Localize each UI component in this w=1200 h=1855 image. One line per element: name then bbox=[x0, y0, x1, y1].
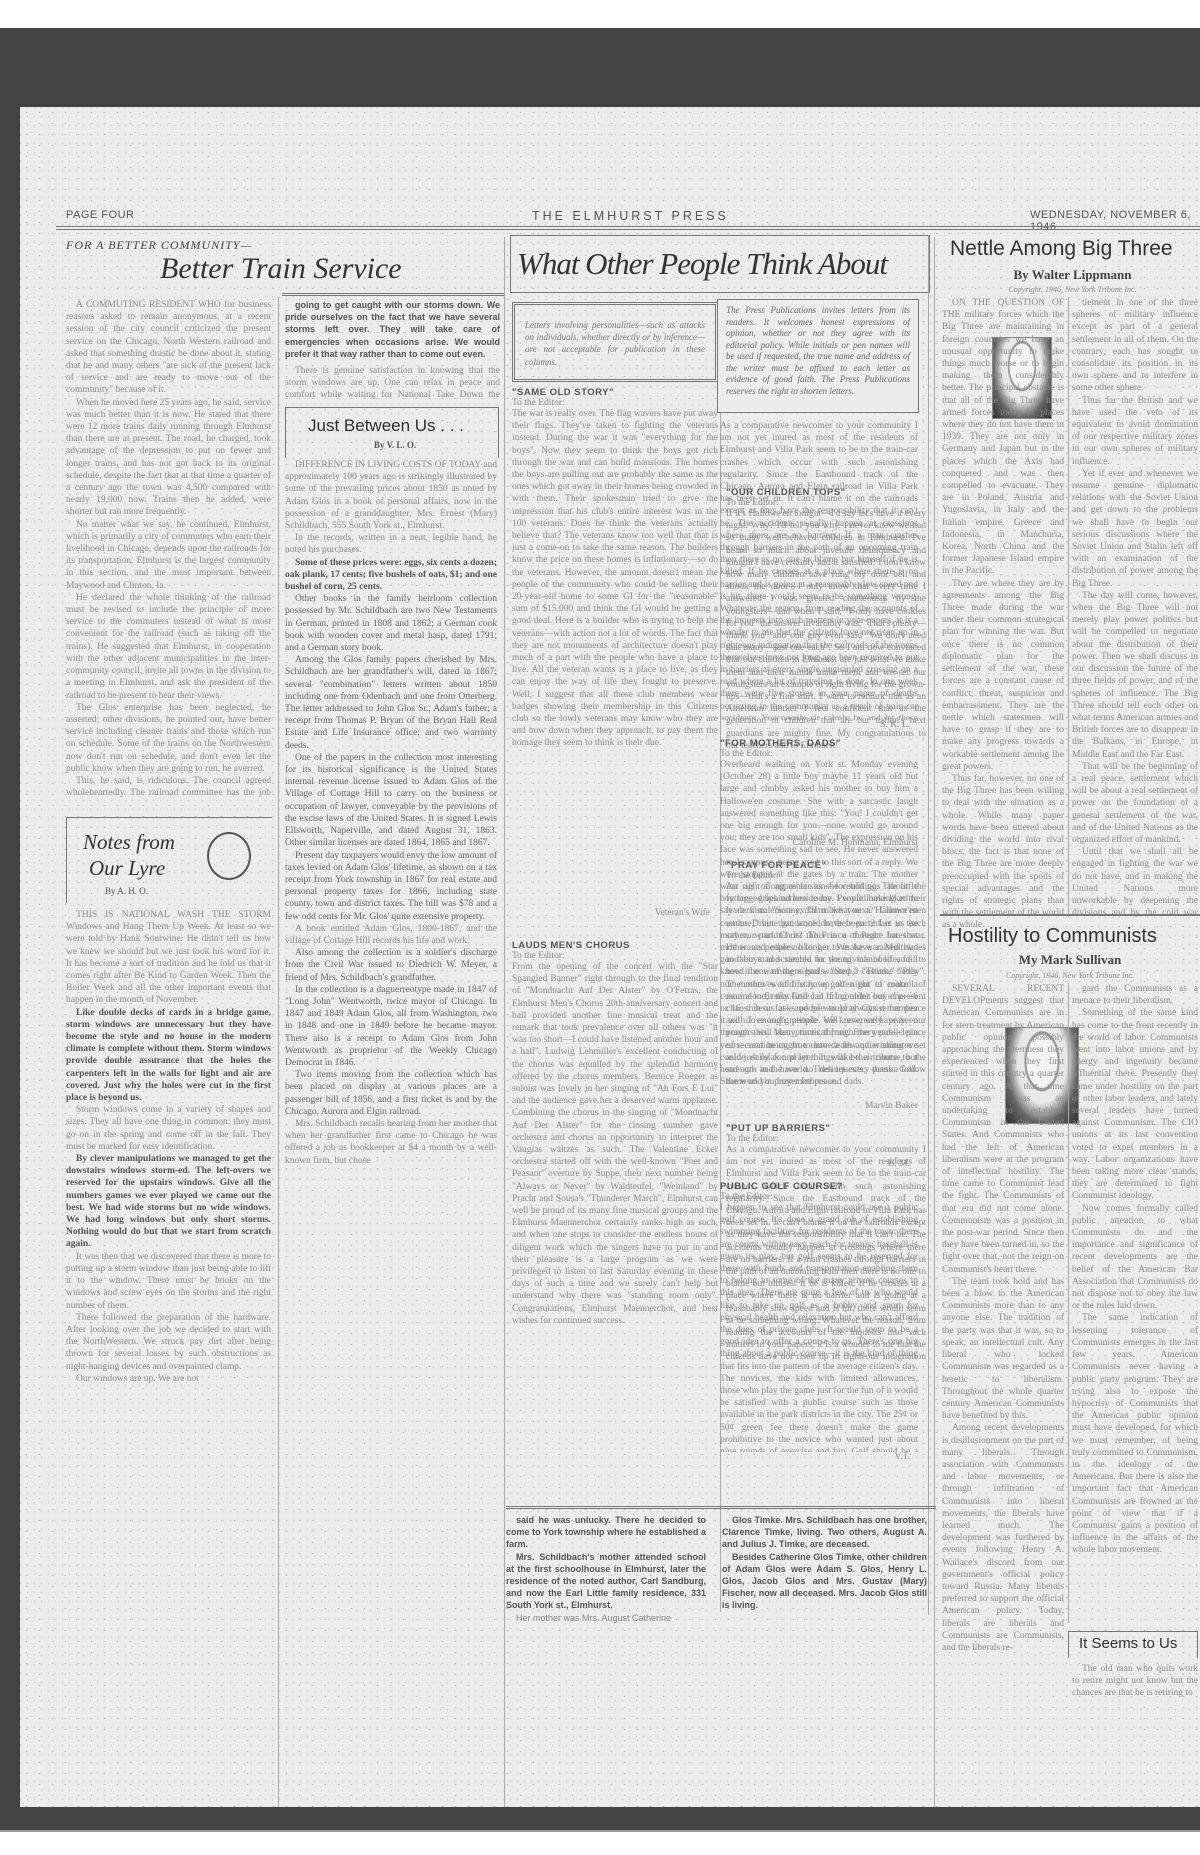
jbu-paragraph: A book entitled Adam Glos, 1800-1867, an… bbox=[285, 923, 497, 947]
letter-salutation: To the Editor: bbox=[512, 951, 718, 961]
jbu-paragraph: Mrs. Schildbach recalls hearing from her… bbox=[285, 1118, 497, 1167]
letter-title: PUBLIC GOLF COURSE? bbox=[720, 1181, 918, 1192]
sullivan-paragraph: Now comes formally called public attenti… bbox=[1072, 1203, 1198, 1313]
section-rule bbox=[940, 914, 1200, 916]
jbu-paragraph: Two items moving from the collection whi… bbox=[285, 1069, 497, 1118]
lippmann-paragraph: That will be the beginning of a real pea… bbox=[1072, 761, 1198, 846]
letters-header: What Other People Think About bbox=[517, 246, 887, 282]
editorial-paragraph: A COMMUTING RESIDENT WHO for business re… bbox=[66, 299, 271, 397]
lyre-paragraph: There followed the preparation of the ha… bbox=[66, 1312, 271, 1373]
lippmann-paragraph: Thus far the British and we have used th… bbox=[1072, 395, 1198, 468]
sullivan-copyright: Copyright, 1946, New York Tribune Inc. bbox=[940, 971, 1200, 980]
column-rule bbox=[1068, 983, 1069, 1623]
editorial-kicker: FOR A BETTER COMMUNITY— bbox=[66, 238, 252, 253]
sullivan-paragraph: Something of the same kind has come to t… bbox=[1072, 1007, 1198, 1202]
lyre-byline: By A. H. O. bbox=[105, 886, 148, 896]
lyre-paragraph: By clever manipulations we managed to ge… bbox=[66, 1153, 271, 1251]
column-rule bbox=[504, 237, 505, 1807]
lippmann-paragraph: tlement in one of the three spheres of m… bbox=[1072, 297, 1198, 395]
viewer-top-band bbox=[0, 0, 1200, 28]
editorial-paragraph: When he moved here 25 years ago, he said… bbox=[66, 397, 271, 519]
jbu-paragraph: In the records, written in a neat, legib… bbox=[285, 532, 497, 556]
viewer-bottom-band bbox=[0, 1830, 1200, 1855]
sullivan-paragraph: The same indication of lessening toleran… bbox=[1072, 1312, 1198, 1556]
it-seems-paragraph: The old man who quits work to retire mig… bbox=[1072, 1663, 1198, 1699]
letter-signature: S. K. L. bbox=[720, 720, 918, 730]
it-seems-body: The old man who quits work to retire mig… bbox=[1072, 1663, 1198, 1699]
lyre-paragraph: Our windows are up. We are not bbox=[66, 1373, 271, 1385]
lippmann-headline: Nettle Among Big Three bbox=[950, 237, 1173, 261]
editorial-body: A COMMUTING RESIDENT WHO for business re… bbox=[66, 299, 271, 799]
jbu-paragraph: Other books in the family heirloom colle… bbox=[285, 593, 497, 654]
continuation-col1: said he was unlucky. There he decided to… bbox=[506, 1514, 706, 1634]
column-rule bbox=[934, 237, 935, 1807]
invitation-note: The Press Publications invites letters f… bbox=[718, 300, 918, 402]
lyre-paragraph: Like double decks of cards in a bridge g… bbox=[66, 1007, 271, 1105]
lyre-paragraph: Storm windows come in a variety of shape… bbox=[66, 1104, 271, 1153]
editorial-paragraph: No matter what we say, he continued, Elm… bbox=[66, 519, 271, 592]
editorial-headline: Better Train Service bbox=[160, 252, 402, 286]
lyre-body: THIS IS NATIONAL WASH THE STORM Windows … bbox=[66, 909, 271, 1789]
just-between-us-body: DIFFERENCE IN LIVING COSTS OF TODAY and … bbox=[285, 459, 497, 1794]
continuation-paragraph: Her mother was Mrs. August Catherine bbox=[506, 1612, 706, 1624]
lippmann-body-col2: tlement in one of the three spheres of m… bbox=[1072, 297, 1198, 917]
editorial-paragraph: This, he said, is ridiculous. The counci… bbox=[66, 775, 271, 799]
letter-body: Overheard walking on York st. Monday eve… bbox=[720, 759, 918, 1159]
sullivan-paragraph: The team took hold and has been a blow t… bbox=[942, 1276, 1064, 1422]
jbu-paragraph: Present day taxpayers would envy the low… bbox=[285, 850, 497, 923]
letter-body: From the opening of the concert with the… bbox=[512, 961, 718, 1501]
jbu-paragraph: Also among the collection is a soldier's… bbox=[285, 947, 497, 984]
continuation-paragraph: said he was unlucky. There he decided to… bbox=[506, 1514, 706, 1551]
sullivan-body-col1: SEVERAL RECENT DEVELOPments suggest that… bbox=[942, 983, 1064, 1793]
continuation-paragraph: Mrs. Schildbach's mother attended school… bbox=[506, 1551, 706, 1612]
it-seems-box: It Seems to Us bbox=[1068, 1631, 1198, 1658]
lippmann-copyright: Copyright, 1946, New York Tribune Inc. bbox=[950, 285, 1195, 294]
letter-title: LAUDS MEN'S CHORUS bbox=[512, 940, 718, 951]
editorial-continued: going to get caught with our storms down… bbox=[285, 299, 500, 361]
sullivan-body-col2: gard the Communists as a menace to their… bbox=[1072, 983, 1198, 1623]
letter-signature: V.T. bbox=[720, 1452, 918, 1462]
lyre-paragraph: THIS IS NATIONAL WASH THE STORM Windows … bbox=[66, 909, 271, 1007]
lippmann-paragraph: They are where they are by agreements am… bbox=[942, 578, 1064, 773]
masthead-rule bbox=[56, 226, 1200, 227]
editorial-paragraph: The Glos enterprise has been neglected, … bbox=[66, 702, 271, 775]
continuation-paragraph: Besides Catherine Glos Timke, other chil… bbox=[722, 1551, 927, 1612]
column-rule bbox=[928, 235, 929, 1615]
just-between-us-box: Just Between Us . . . By V. L. O. bbox=[285, 407, 499, 458]
editorial-continued-2: There is genuine satisfaction in knowing… bbox=[285, 365, 500, 399]
editorial-continued-text: going to get caught with our storms down… bbox=[285, 299, 500, 360]
letter-salutation: To the Editor: bbox=[512, 398, 718, 408]
policy-note-box: Letters involving personalities—such as … bbox=[512, 302, 718, 382]
editorial-continued-text-2: There is genuine satisfaction in knowing… bbox=[285, 365, 500, 399]
letter-signature: B. M. bbox=[720, 1159, 918, 1169]
it-seems-title: It Seems to Us bbox=[1079, 1635, 1177, 1652]
sullivan-paragraph: SEVERAL RECENT DEVELOPments suggest that… bbox=[942, 983, 1064, 1276]
page-label: PAGE FOUR bbox=[66, 209, 134, 221]
lippmann-paragraph: Yet if ever and whenever we resume genui… bbox=[1072, 468, 1198, 590]
jbu-paragraph: In the collection is a daguerreotype mad… bbox=[285, 984, 497, 1069]
lippmann-paragraph: Thus far, however, no one of the Big Thr… bbox=[942, 773, 1064, 932]
just-between-us-byline: By V. L. O. bbox=[374, 440, 416, 450]
letters-col-c: As a comparative newcomer to your commun… bbox=[720, 420, 918, 1462]
continuation-paragraph: Glos Timke. Mrs. Schildbach has one brot… bbox=[722, 1514, 927, 1551]
lippmann-paragraph: ON THE QUESTION OF THE military forces w… bbox=[942, 297, 1064, 578]
letter-salutation: To the Editor: bbox=[720, 749, 918, 759]
letters-col-a: "SAME OLD STORY" To the Editor: The war … bbox=[512, 387, 718, 1501]
sullivan-paragraph: Among recent developments is disillusion… bbox=[942, 1422, 1064, 1654]
lippmann-paragraph: The day will come, however, when the Big… bbox=[1072, 590, 1198, 761]
column-rule bbox=[1068, 297, 1069, 917]
invitation-note-box: The Press Publications invites letters f… bbox=[717, 299, 919, 413]
lyre-paragraph: It was then that we discovered that ther… bbox=[66, 1251, 271, 1312]
column-rule bbox=[278, 297, 279, 1807]
sullivan-headline: Hostility to Communists bbox=[948, 925, 1157, 948]
letter-signature: Veteran's Wife bbox=[512, 908, 718, 918]
just-between-us-title: Just Between Us . . . bbox=[308, 416, 464, 436]
letter-body: The war is really over. The flag wavers … bbox=[512, 408, 718, 908]
lyre-title-line1: Notes from bbox=[83, 830, 175, 855]
lyre-header-box: Notes from Our Lyre By A. H. O. bbox=[66, 817, 272, 903]
paper-name: THE ELMHURST PRESS bbox=[532, 209, 729, 223]
lippmann-body-col1: ON THE QUESTION OF THE military forces w… bbox=[942, 297, 1064, 957]
sullivan-paragraph: gard the Communists as a menace to their… bbox=[1072, 983, 1198, 1007]
jbu-paragraph: One of the papers in the collection most… bbox=[285, 752, 497, 850]
letter-title: "FOR MOTHERS, DADS" bbox=[720, 738, 918, 749]
lyre-title-line2: Our Lyre bbox=[89, 856, 165, 881]
lippmann-byline: By Walter Lippmann bbox=[950, 267, 1195, 283]
jbu-paragraph: Some of these prices were: eggs, six cen… bbox=[285, 557, 497, 594]
letter-title: "SAME OLD STORY" bbox=[512, 387, 718, 398]
jbu-paragraph: DIFFERENCE IN LIVING COSTS OF TODAY and … bbox=[285, 459, 497, 532]
letter-salutation: To the Editor: bbox=[720, 1192, 918, 1202]
letter-body: I happen to see that Elmhurst could use … bbox=[720, 1202, 918, 1452]
letters-header-box: What Other People Think About bbox=[510, 235, 930, 293]
barriers-continued: As a comparative newcomer to your commun… bbox=[720, 420, 918, 720]
sullivan-byline: My Mark Sullivan bbox=[940, 952, 1200, 968]
headline-rule bbox=[282, 293, 504, 296]
lyre-cherub-icon bbox=[207, 832, 251, 880]
jbu-paragraph: Among the Glos family papers cherished b… bbox=[285, 654, 497, 752]
lippmann-paragraph: Until that we shall all be engaged in fi… bbox=[1072, 846, 1198, 917]
continuation-col2: Glos Timke. Mrs. Schildbach has one brot… bbox=[722, 1514, 927, 1634]
policy-note: Letters involving personalities—such as … bbox=[515, 305, 715, 368]
letters-bottom-rule bbox=[506, 1506, 936, 1509]
masthead-rule-2 bbox=[56, 229, 1200, 230]
editorial-paragraph: He declared the whole thinking of the ra… bbox=[66, 592, 271, 702]
